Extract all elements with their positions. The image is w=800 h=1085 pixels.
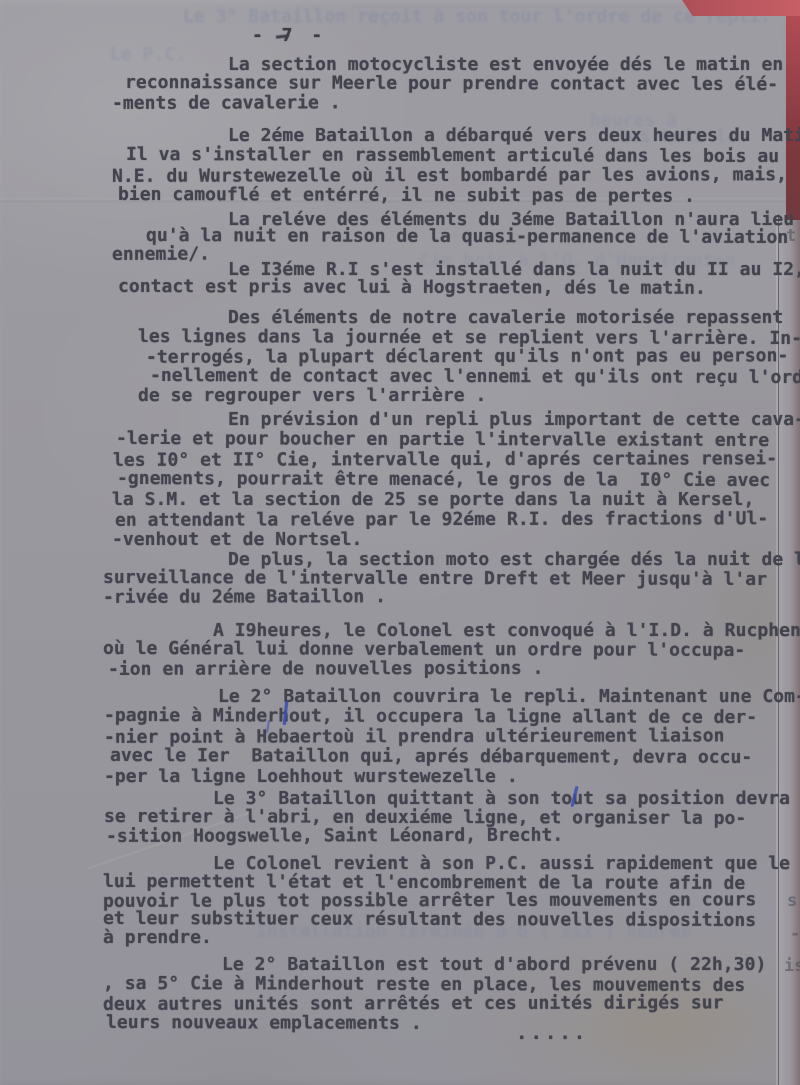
text-line: A I9heures, le Colonel est convoqué à l'… <box>213 621 800 640</box>
edge-text-fragment: - <box>790 924 800 944</box>
text-line: -terrogés, la plupart déclarent qu'ils n… <box>146 346 800 367</box>
edge-text-fragment: is <box>784 956 800 976</box>
text-line: -rivée du 2éme Bataillon . <box>103 587 800 607</box>
paragraph: En prévision d'un repli plus important d… <box>0 410 800 550</box>
text-line: bien camouflé et entérré, il ne subit pa… <box>118 185 800 207</box>
text-line: reconnaissance sur Meerle pour prendre c… <box>125 73 800 94</box>
paragraph: De plus, la section moto est chargée dés… <box>0 551 800 607</box>
text-line: -ion en arrière de nouvelles positions . <box>108 658 800 679</box>
paragraph: Le Colonel revient à son P.C. aussi rapi… <box>0 855 800 948</box>
text-line: -sition Hoogswelle, Saint Léonard, Brech… <box>106 826 800 846</box>
paragraph: La section motocycliste est envoyée dés … <box>0 55 800 112</box>
text-line: deux autres unités sont arrêtés et ces u… <box>103 993 800 1014</box>
text-line: -ments de cavalerie . <box>112 92 800 113</box>
text-line: leurs nouveaux emplacements . <box>106 1012 800 1034</box>
paragraph: Le 2° Bataillon couvrira le repli. Maint… <box>0 687 800 787</box>
edge-text-fragment: s <box>787 891 797 911</box>
text-line: à prendre. <box>103 929 800 948</box>
text-line: et leur substituer ceux résultant des no… <box>103 910 800 931</box>
paragraph: La reléve des éléments du 3éme Bataillon… <box>0 211 800 262</box>
paragraph: Le I3éme R.I s'est installé dans la nuit… <box>0 261 800 297</box>
text-line: La section motocycliste est envoyée dés … <box>228 55 800 74</box>
paragraph: Des éléments de notre cavalerie motorisé… <box>0 308 800 406</box>
paragraph: Le 2éme Bataillon a débarqué vers deux h… <box>0 126 800 206</box>
text-line: -venhout et de Nortsel. <box>112 530 800 550</box>
text-line: -nellement de contact avec l'ennemi et q… <box>150 365 800 387</box>
paragraph: Le 2° Bataillon est tout d'abord prévenu… <box>0 955 800 1033</box>
text-line: Le 2éme Bataillon a débarqué vers deux h… <box>228 126 800 146</box>
text-line: qu'à la nuit en raison de la quasi-perma… <box>146 227 800 246</box>
text-line: -per la ligne Loehhout wurstewezelle . <box>104 767 800 787</box>
text-line: -gnements, pourrait être menacé, le gros… <box>117 469 800 491</box>
paragraph: A I9heures, le Colonel est convoqué à l'… <box>0 621 800 678</box>
text-line: En prévision d'un repli plus important d… <box>228 410 800 430</box>
text-line: en attendant la reléve par le 92éme R.I.… <box>115 509 800 531</box>
text-line: Le 2° Bataillon couvrira le repli. Maint… <box>218 687 800 707</box>
text-layer: - 7 - ..... La section motocycliste est … <box>0 0 800 1085</box>
edge-text-fragment: t <box>786 226 796 246</box>
scanned-document-screenshot: Le 3° Bataillon reçoit à son tour l'ordr… <box>0 0 800 1085</box>
text-line: la S.M. et la section de 25 se porte dan… <box>112 490 800 510</box>
text-line: avec le Ier Bataillon qui, aprés débarqu… <box>110 746 800 768</box>
page-number: - 7 - <box>252 25 326 46</box>
paragraph: Le 3° Bataillon quittant à son tout sa p… <box>0 790 800 846</box>
text-line: de se regrouper vers l'arrière . <box>138 386 800 406</box>
text-line: Le 2° Bataillon est tout d'abord prévenu… <box>222 955 800 975</box>
text-line: contact est pris avec lui à Hogstraeten,… <box>118 278 800 298</box>
text-line: où le Général lui donne verbalement un o… <box>103 639 800 660</box>
text-line: Des éléments de notre cavalerie motorisé… <box>228 308 800 328</box>
